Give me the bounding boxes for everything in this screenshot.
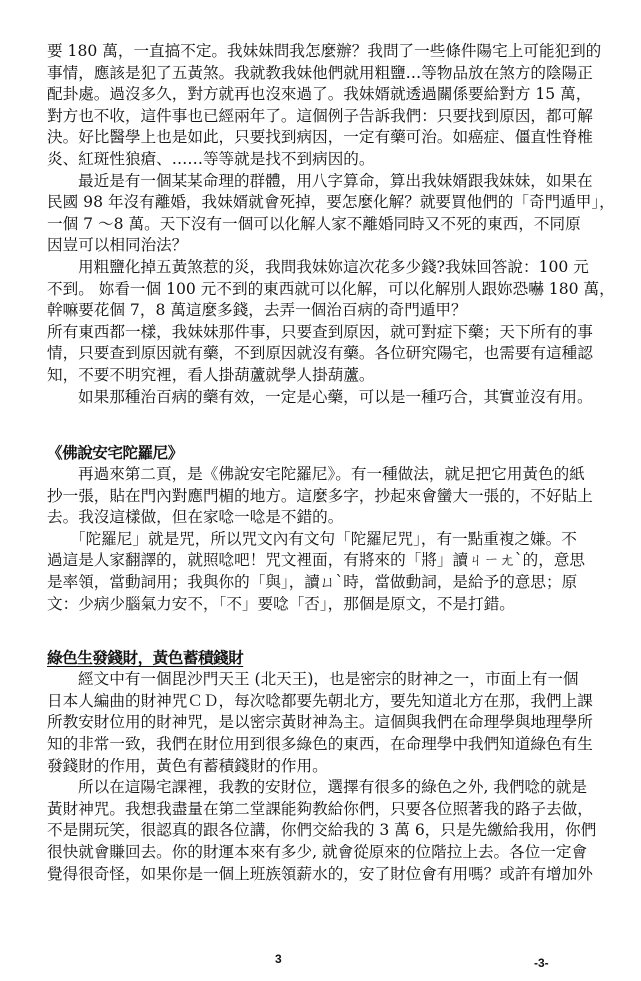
text-line: 事情，應該是犯了五黃煞。我就教我妹他們就用粗鹽…等物品放在煞方的陰陽正 [47, 63, 581, 85]
text-line: 配卦處。過沒多久，對方就再也沒來過了。我妹婿就透過關係要給對方 15 萬， [47, 84, 581, 106]
text-line: 民國 98 年沒有離婚，我妹婿就會死掉，要怎麼化解？就要買他們的「奇門遁甲」， [47, 192, 581, 214]
text-line: 決。好比醫學上也是如此，只要找到病因，一定有藥可治。如癌症、僵直性脊椎 [47, 127, 581, 149]
text-line: 日本人編曲的財神咒ＣＤ，每次唸都要先朝北方，要先知道北方在那，我們上課 [47, 691, 581, 713]
paragraph-coarse-salt: 用粗鹽化掉五黃煞惹的災，我問我妹妳這次花多少錢?我妹回答說：100 元 不到。 … [47, 257, 581, 322]
text-line: 最近是有一個某某命理的群體，用八字算命，算出我妹婿跟我妹妹，如果在 [47, 171, 581, 193]
text-line: 「陀羅尼」就是咒，所以咒文內有文句「陀羅尼咒」，有一點重複之嫌。不 [47, 529, 581, 551]
text-line: 很快就會賺回去。你的財運本來有多少, 就會從原來的位階拉上去。各位一定會 [47, 842, 581, 864]
text-line: 所教安財位用的財神咒，是以密宗黃財神為主。這個與我們在命理學與地理學所 [47, 712, 581, 734]
section-gap [47, 408, 581, 430]
section-dharani: 《佛說安宅陀羅尼》 再過來第二頁，是《佛說安宅陀羅尼》。有一種做法，就足把它用黃… [47, 442, 581, 615]
text-line: 是率領，當動詞用；我與你的「與」，讀ㄩˋ時，當做動詞，是給予的意思；原 [47, 572, 581, 594]
text-line: 一個 7 ～8 萬。天下沒有一個可以化解人家不離婚同時又不死的東西，不同原 [47, 214, 581, 236]
text-line: 知，不要不明究裡，看人掛葫蘆就學人掛葫蘆。 [47, 365, 581, 387]
text-line: 過這是人家翻譯的，就照唸吧！咒文裡面，有將來的「將」讀ㄐㄧㄤˋ的，意思 [47, 550, 581, 572]
paragraph-find-cause: 所有東西都一樣，我妹妹那件事，只要查到原因，就可對症下藥；天下所有的事 情，只要… [47, 322, 581, 387]
text-line: 因豈可以相同治法？ [47, 235, 581, 257]
text-line: 經文中有一個毘沙門天王 (北天王)，也是密宗的財神之一，市面上有一個 [47, 669, 581, 691]
text-line: 用粗鹽化掉五黃煞惹的災，我問我妹妳這次花多少錢?我妹回答說：100 元 [47, 257, 581, 279]
section-heading: 綠色生發錢財，黃色蓄積錢財 [47, 647, 581, 669]
section-gap [47, 637, 581, 647]
section-gap [47, 615, 581, 637]
text-line: 抄一張，貼在門內對應門楣的地方。這麼多字，抄起來會蠻大一張的，不好貼上 [47, 486, 581, 508]
text-line: 覺得很奇怪，如果你是一個上班族領薪水的，安了財位會有用嗎？或許有增加外 [47, 864, 581, 886]
text-line: 不到。 妳看一個 100 元不到的東西就可以化解，可以化解別人跟妳恐嚇 180 … [47, 279, 581, 301]
section-heading: 《佛說安宅陀羅尼》 [47, 442, 581, 464]
paragraph-numerology-group: 最近是有一個某某命理的群體，用八字算命，算出我妹婿跟我妹妹，如果在 民國 98 … [47, 171, 581, 257]
text-line: 情，只要查到原因就有藥，不到原因就沒有藥。各位研究陽宅，也需要有這種認 [47, 343, 581, 365]
page-number-right: -3- [534, 956, 549, 970]
paragraph-continuation: 要 180 萬，一直搞不定。我妹妹問我怎麼辦？我問了一些條件陽宅上可能犯到的 事… [47, 41, 581, 171]
text-line: 炎、紅斑性狼瘡、……等等就是找不到病因的。 [47, 149, 581, 171]
document-page: 要 180 萬，一直搞不定。我妹妹問我怎麼辦？我問了一些條件陽宅上可能犯到的 事… [47, 41, 581, 885]
text-line: 再過來第二頁，是《佛說安宅陀羅尼》。有一種做法，就足把它用黃色的紙 [47, 464, 581, 486]
text-line: 知的非常一致，我們在財位用到很多綠色的東西，在命理學中我們知道綠色有生 [47, 734, 581, 756]
text-line: 去。我沒這樣做，但在家唸一唸是不錯的。 [47, 507, 581, 529]
text-line: 文：少病少腦氣力安不，「不」要唸「否」，那個是原文，不是打錯。 [47, 594, 581, 616]
paragraph-heart-medicine: 如果那種治百病的藥有效，一定是心藥，可以是一種巧合，其實並沒有用。 [47, 387, 581, 409]
text-line: 所有東西都一樣，我妹妹那件事，只要查到原因，就可對症下藥；天下所有的事 [47, 322, 581, 344]
text-line: 幹嘛要花個 7，8 萬這麼多錢，去弄一個治百病的奇門遁甲？ [47, 300, 581, 322]
page-number: 3 [275, 952, 282, 966]
text-line: 如果那種治百病的藥有效，一定是心藥，可以是一種巧合，其實並沒有用。 [47, 387, 581, 409]
section-gap [47, 430, 581, 442]
text-line: 發錢財的作用，黃色有蓄積錢財的作用。 [47, 756, 581, 778]
text-line: 所以在這陽宅課裡，我教的安財位，選擇有很多的綠色之外, 我們唸的就是 [47, 777, 581, 799]
text-line: 對方也不收，這件事也已經兩年了。這個例子告訴我們：只要找到原因，都可解 [47, 106, 581, 128]
section-wealth: 綠色生發錢財，黃色蓄積錢財 經文中有一個毘沙門天王 (北天王)，也是密宗的財神之… [47, 647, 581, 885]
text-line: 要 180 萬，一直搞不定。我妹妹問我怎麼辦？我問了一些條件陽宅上可能犯到的 [47, 41, 581, 63]
text-line: 黃財神咒。我想我盡量在第二堂課能夠教給你們，只要各位照著我的路子去做， [47, 799, 581, 821]
text-line: 不是開玩笑，很認真的跟各位講，你們交給我的 3 萬 6，只是先繳給我用，你們 [47, 820, 581, 842]
